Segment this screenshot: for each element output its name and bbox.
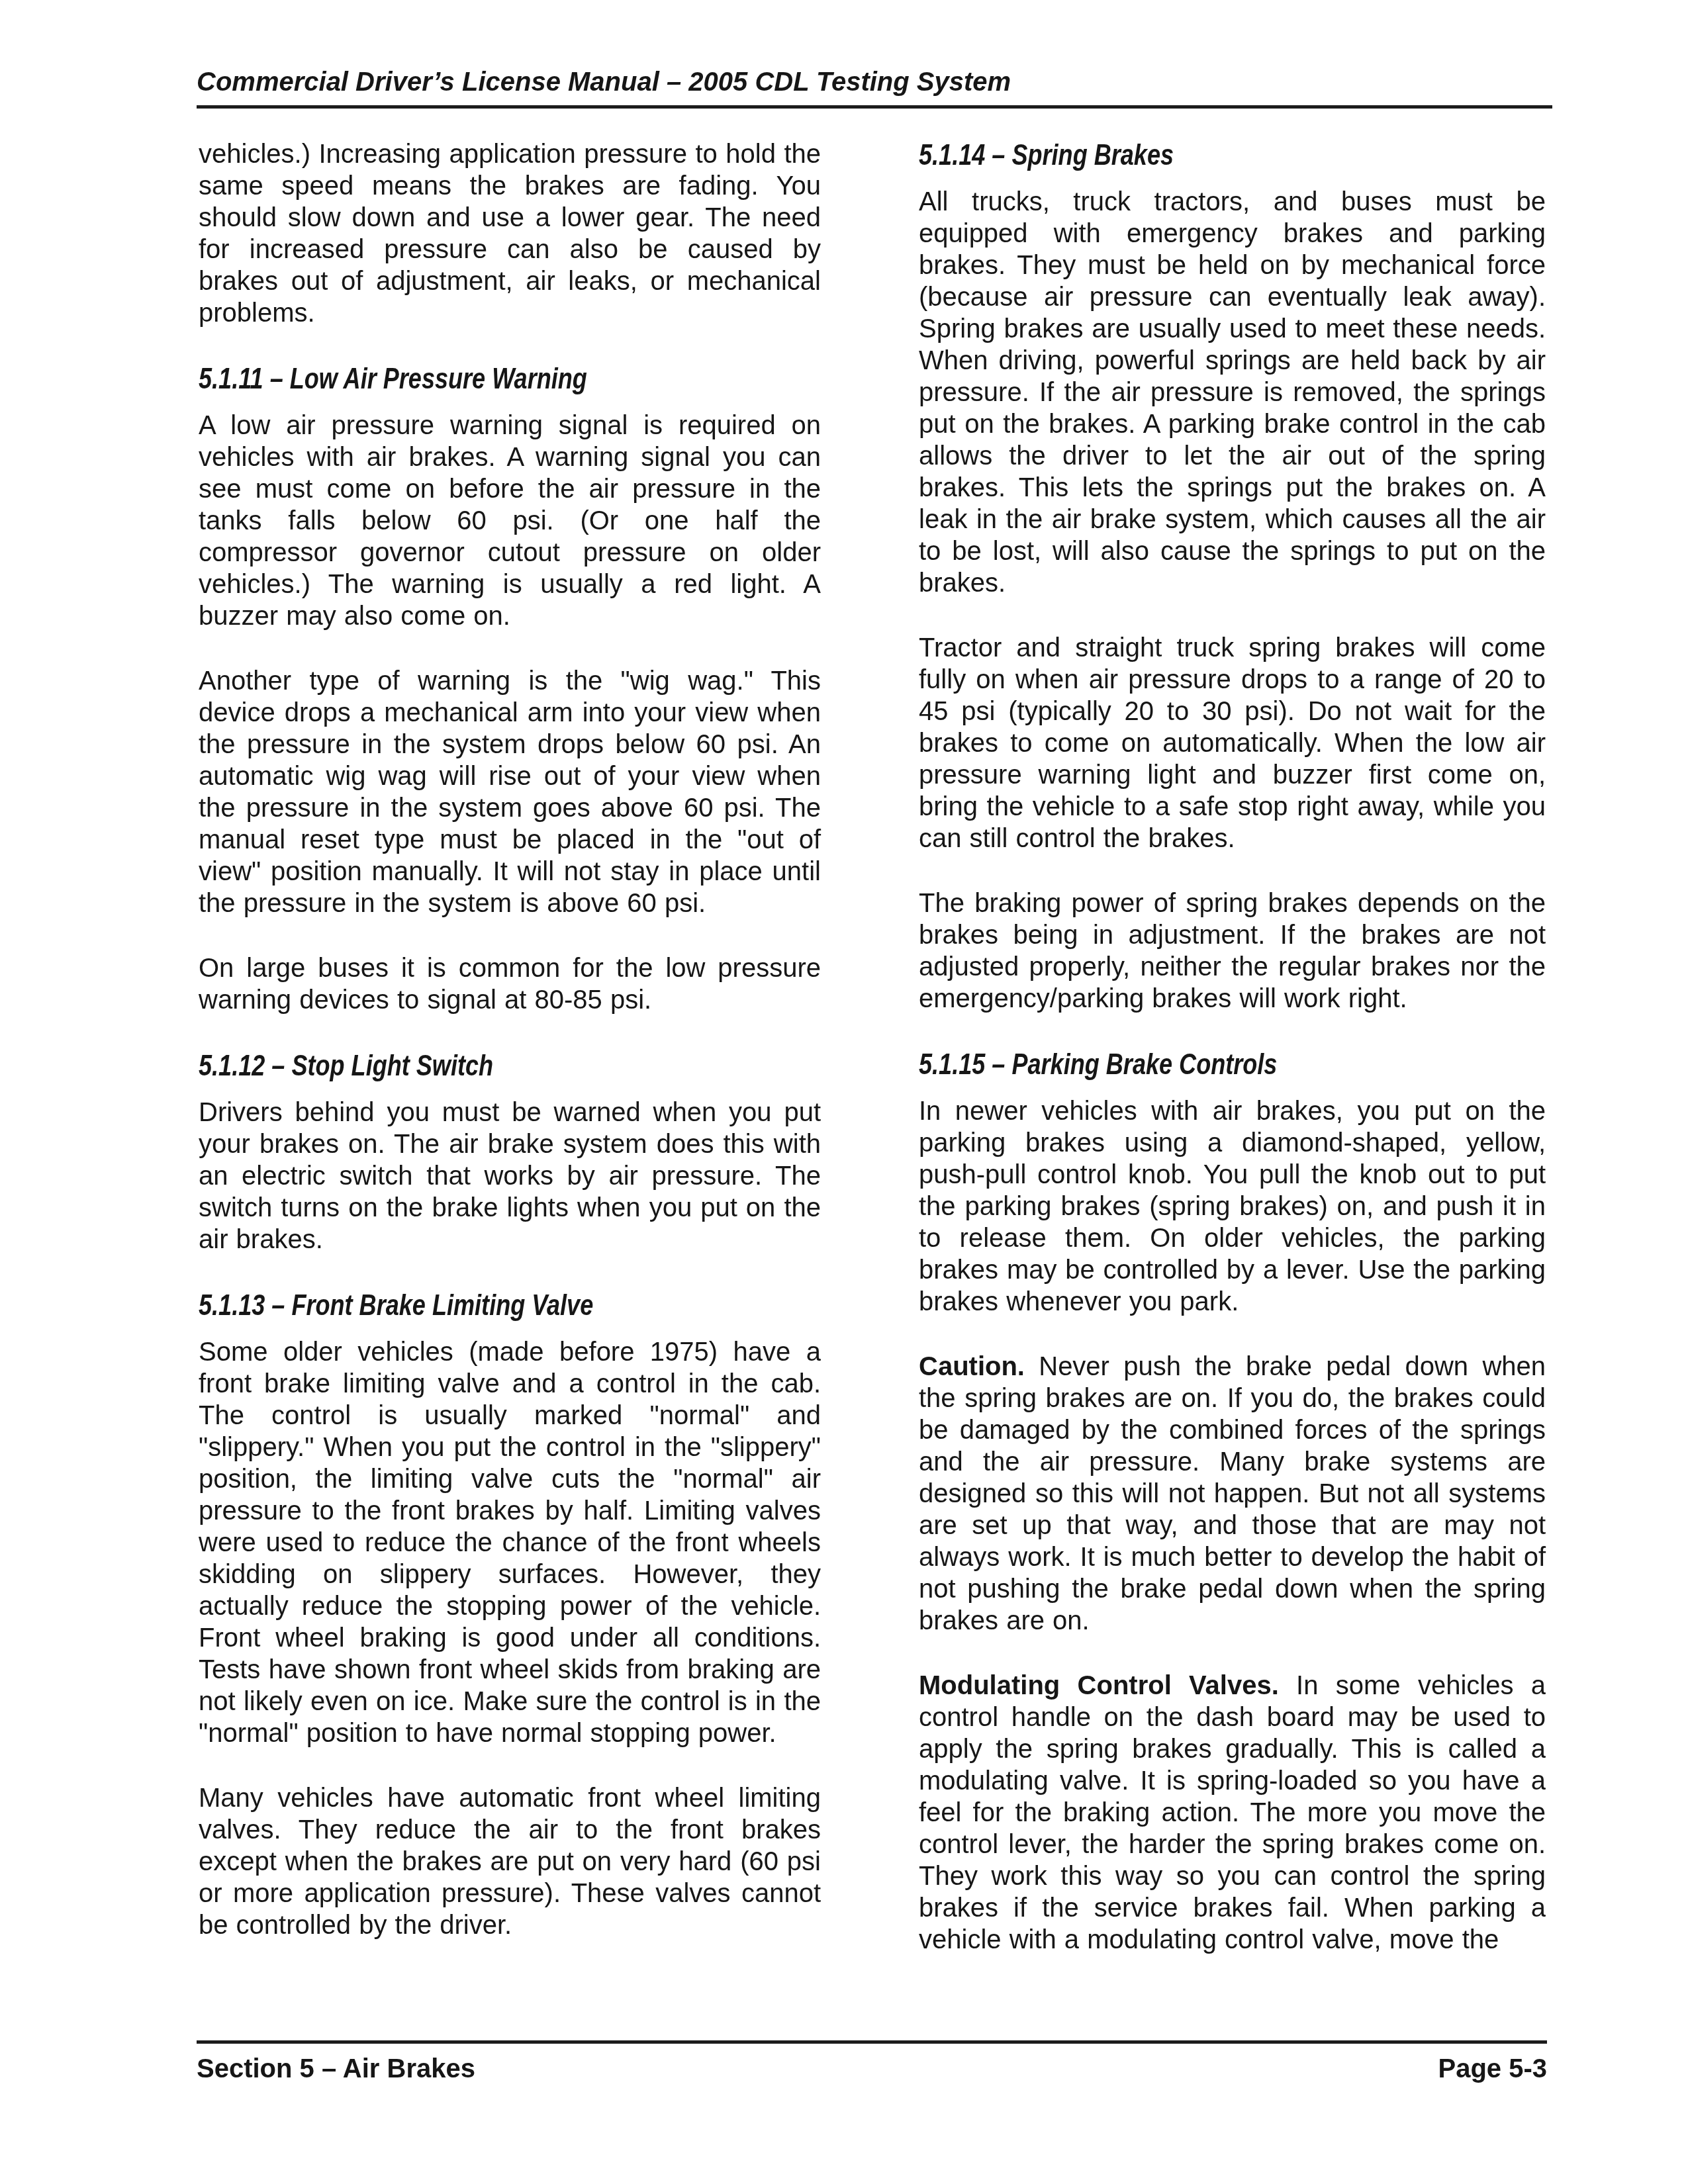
paragraph-text: Never push the brake pedal down when the… [919, 1352, 1546, 1635]
paragraph: All trucks, truck tractors, and buses mu… [919, 186, 1546, 599]
page-footer: Section 5 – Air Brakes Page 5-3 [197, 2040, 1547, 2085]
paragraph-lead-in: Caution. [919, 1352, 1025, 1381]
document-page: Commercial Driver’s License Manual – 200… [0, 0, 1688, 2184]
page-content: vehicles.) Increasing application pressu… [199, 138, 1546, 1989]
paragraph: Drivers behind you must be warned when y… [199, 1097, 821, 1255]
section-heading: 5.1.12 – Stop Light Switch [199, 1049, 709, 1083]
paragraph: Another type of warning is the "wig wag.… [199, 665, 821, 919]
manual-title: Commercial Driver’s License Manual – 200… [197, 66, 1552, 98]
paragraph: Modulating Control Valves. In some vehic… [919, 1670, 1546, 1956]
footer-section-label: Section 5 – Air Brakes [197, 2053, 475, 2085]
paragraph: A low air pressure warning signal is req… [199, 410, 821, 632]
section-heading: 5.1.11 – Low Air Pressure Warning [199, 362, 709, 396]
paragraph-text: In some vehicles a control handle on the… [919, 1671, 1546, 1954]
paragraph: Caution. Never push the brake pedal down… [919, 1351, 1546, 1637]
section-heading: 5.1.15 – Parking Brake Controls [919, 1048, 1433, 1082]
paragraph: vehicles.) Increasing application pressu… [199, 138, 821, 329]
paragraph: Tractor and straight truck spring brakes… [919, 632, 1546, 854]
paragraph: In newer vehicles with air brakes, you p… [919, 1095, 1546, 1318]
right-column: 5.1.14 – Spring BrakesAll trucks, truck … [919, 138, 1546, 1989]
section-heading: 5.1.13 – Front Brake Limiting Valve [199, 1289, 709, 1323]
paragraph: The braking power of spring brakes depen… [919, 887, 1546, 1015]
paragraph: Many vehicles have automatic front wheel… [199, 1782, 821, 1941]
section-heading: 5.1.14 – Spring Brakes [919, 138, 1433, 173]
left-column: vehicles.) Increasing application pressu… [199, 138, 821, 1989]
paragraph: Some older vehicles (made before 1975) h… [199, 1336, 821, 1749]
paragraph: On large buses it is common for the low … [199, 952, 821, 1016]
page-header: Commercial Driver’s License Manual – 200… [197, 66, 1552, 109]
paragraph-lead-in: Modulating Control Valves. [919, 1671, 1279, 1700]
footer-page-number: Page 5-3 [1438, 2053, 1547, 2085]
